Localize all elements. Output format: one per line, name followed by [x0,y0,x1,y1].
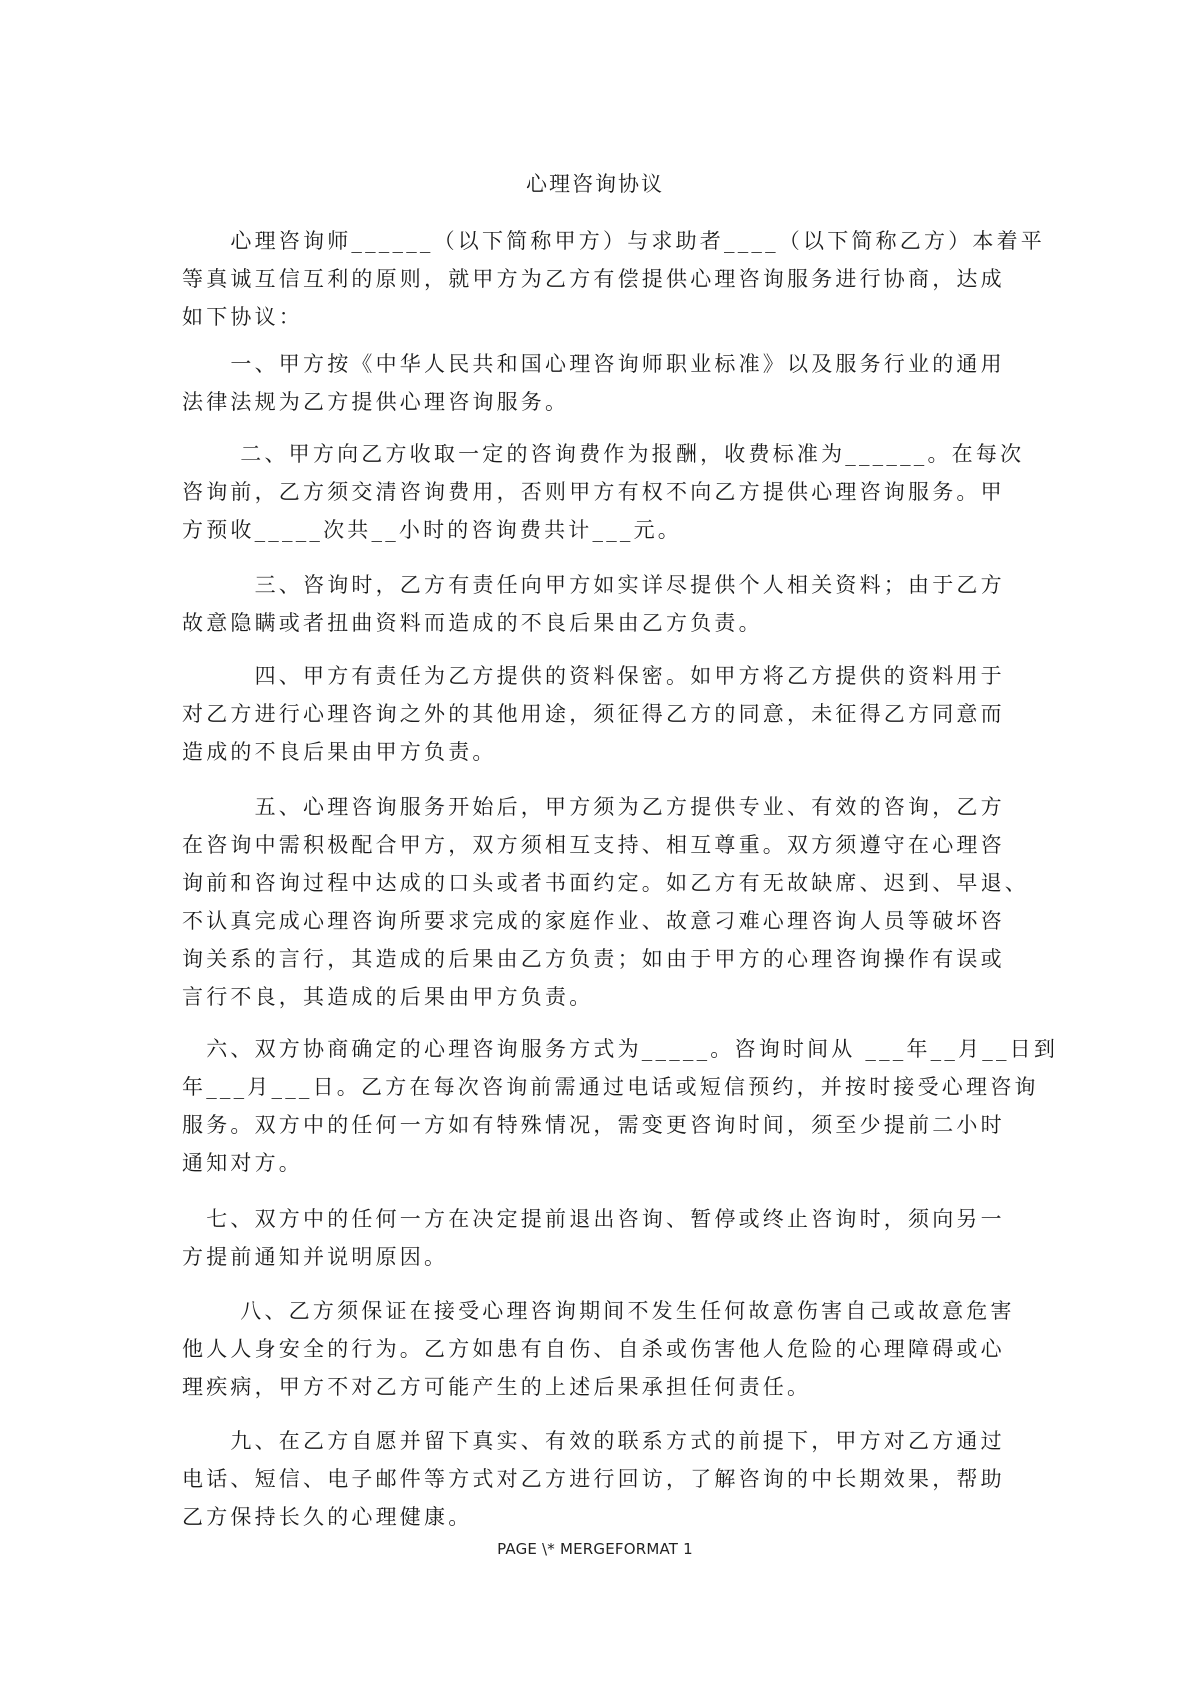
clause-paragraph: 心理咨询师______（以下简称甲方）与求助者____（以下简称乙方）本着平等真… [182,222,1012,336]
text-line: 九、在乙方自愿并留下真实、有效的联系方式的前提下，甲方对乙方通过 [182,1422,1012,1460]
text-line: 造成的不良后果由甲方负责。 [182,733,1012,771]
clause-paragraph: 三、咨询时，乙方有责任向甲方如实详尽提供个人相关资料；由于乙方故意隐瞒或者扭曲资… [182,566,1012,642]
clause-paragraph: 一、甲方按《中华人民共和国心理咨询师职业标准》以及服务行业的通用法律法规为乙方提… [182,345,1012,421]
clause-paragraph: 七、双方中的任何一方在决定提前退出咨询、暂停或终止咨询时，须向另一方提前通知并说… [182,1200,1012,1276]
clause-paragraph: 九、在乙方自愿并留下真实、有效的联系方式的前提下，甲方对乙方通过电话、短信、电子… [182,1422,1012,1536]
text-line: 年___月___日。乙方在每次咨询前需通过电话或短信预约，并按时接受心理咨询 [182,1068,1012,1106]
text-line: 方预收_____次共__小时的咨询费共计___元。 [182,511,1012,549]
text-line: 对乙方进行心理咨询之外的其他用途，须征得乙方的同意，未征得乙方同意而 [182,695,1012,733]
text-line: 乙方保持长久的心理健康。 [182,1498,1012,1536]
text-line: 理疾病，甲方不对乙方可能产生的上述后果承担任何责任。 [182,1368,1012,1406]
clause-paragraph: 六、双方协商确定的心理咨询服务方式为_____。咨询时间从 ___年__月__日… [182,1030,1012,1182]
text-line: 通知对方。 [182,1144,1012,1182]
text-line: 如下协议： [182,298,1012,336]
text-line: 六、双方协商确定的心理咨询服务方式为_____。咨询时间从 ___年__月__日… [182,1030,1012,1068]
text-line: 八、乙方须保证在接受心理咨询期间不发生任何故意伤害自己或故意危害 [182,1292,1012,1330]
document-page: 心理咨询协议 心理咨询师______（以下简称甲方）与求助者____（以下简称乙… [0,0,1190,1683]
text-line: 一、甲方按《中华人民共和国心理咨询师职业标准》以及服务行业的通用 [182,345,1012,383]
text-line: 心理咨询师______（以下简称甲方）与求助者____（以下简称乙方）本着平 [182,222,1012,260]
text-line: 服务。双方中的任何一方如有特殊情况，需变更咨询时间，须至少提前二小时 [182,1106,1012,1144]
clause-paragraph: 八、乙方须保证在接受心理咨询期间不发生任何故意伤害自己或故意危害他人人身安全的行… [182,1292,1012,1406]
text-line: 询前和咨询过程中达成的口头或者书面约定。如乙方有无故缺席、迟到、早退、 [182,864,1012,902]
text-line: 等真诚互信互利的原则，就甲方为乙方有偿提供心理咨询服务进行协商，达成 [182,260,1012,298]
text-line: 言行不良，其造成的后果由甲方负责。 [182,978,1012,1016]
text-line: 方提前通知并说明原因。 [182,1238,1012,1276]
text-line: 电话、短信、电子邮件等方式对乙方进行回访，了解咨询的中长期效果，帮助 [182,1460,1012,1498]
text-line: 五、心理咨询服务开始后，甲方须为乙方提供专业、有效的咨询，乙方 [182,788,1012,826]
text-line: 二、甲方向乙方收取一定的咨询费作为报酬，收费标准为______。在每次 [182,435,1012,473]
page-footer-field: PAGE \* MERGEFORMAT 1 [0,1540,1190,1558]
text-line: 不认真完成心理咨询所要求完成的家庭作业、故意刁难心理咨询人员等破坏咨 [182,902,1012,940]
clause-paragraph: 四、甲方有责任为乙方提供的资料保密。如甲方将乙方提供的资料用于对乙方进行心理咨询… [182,657,1012,771]
clause-paragraph: 二、甲方向乙方收取一定的咨询费作为报酬，收费标准为______。在每次咨询前，乙… [182,435,1012,549]
text-line: 询关系的言行，其造成的后果由乙方负责；如由于甲方的心理咨询操作有误或 [182,940,1012,978]
text-line: 在咨询中需积极配合甲方，双方须相互支持、相互尊重。双方须遵守在心理咨 [182,826,1012,864]
clause-paragraph: 五、心理咨询服务开始后，甲方须为乙方提供专业、有效的咨询，乙方在咨询中需积极配合… [182,788,1012,1016]
text-line: 三、咨询时，乙方有责任向甲方如实详尽提供个人相关资料；由于乙方 [182,566,1012,604]
text-line: 四、甲方有责任为乙方提供的资料保密。如甲方将乙方提供的资料用于 [182,657,1012,695]
document-title: 心理咨询协议 [0,170,1190,198]
text-line: 法律法规为乙方提供心理咨询服务。 [182,383,1012,421]
text-line: 他人人身安全的行为。乙方如患有自伤、自杀或伤害他人危险的心理障碍或心 [182,1330,1012,1368]
text-line: 七、双方中的任何一方在决定提前退出咨询、暂停或终止咨询时，须向另一 [182,1200,1012,1238]
text-line: 咨询前，乙方须交清咨询费用，否则甲方有权不向乙方提供心理咨询服务。甲 [182,473,1012,511]
text-line: 故意隐瞒或者扭曲资料而造成的不良后果由乙方负责。 [182,604,1012,642]
